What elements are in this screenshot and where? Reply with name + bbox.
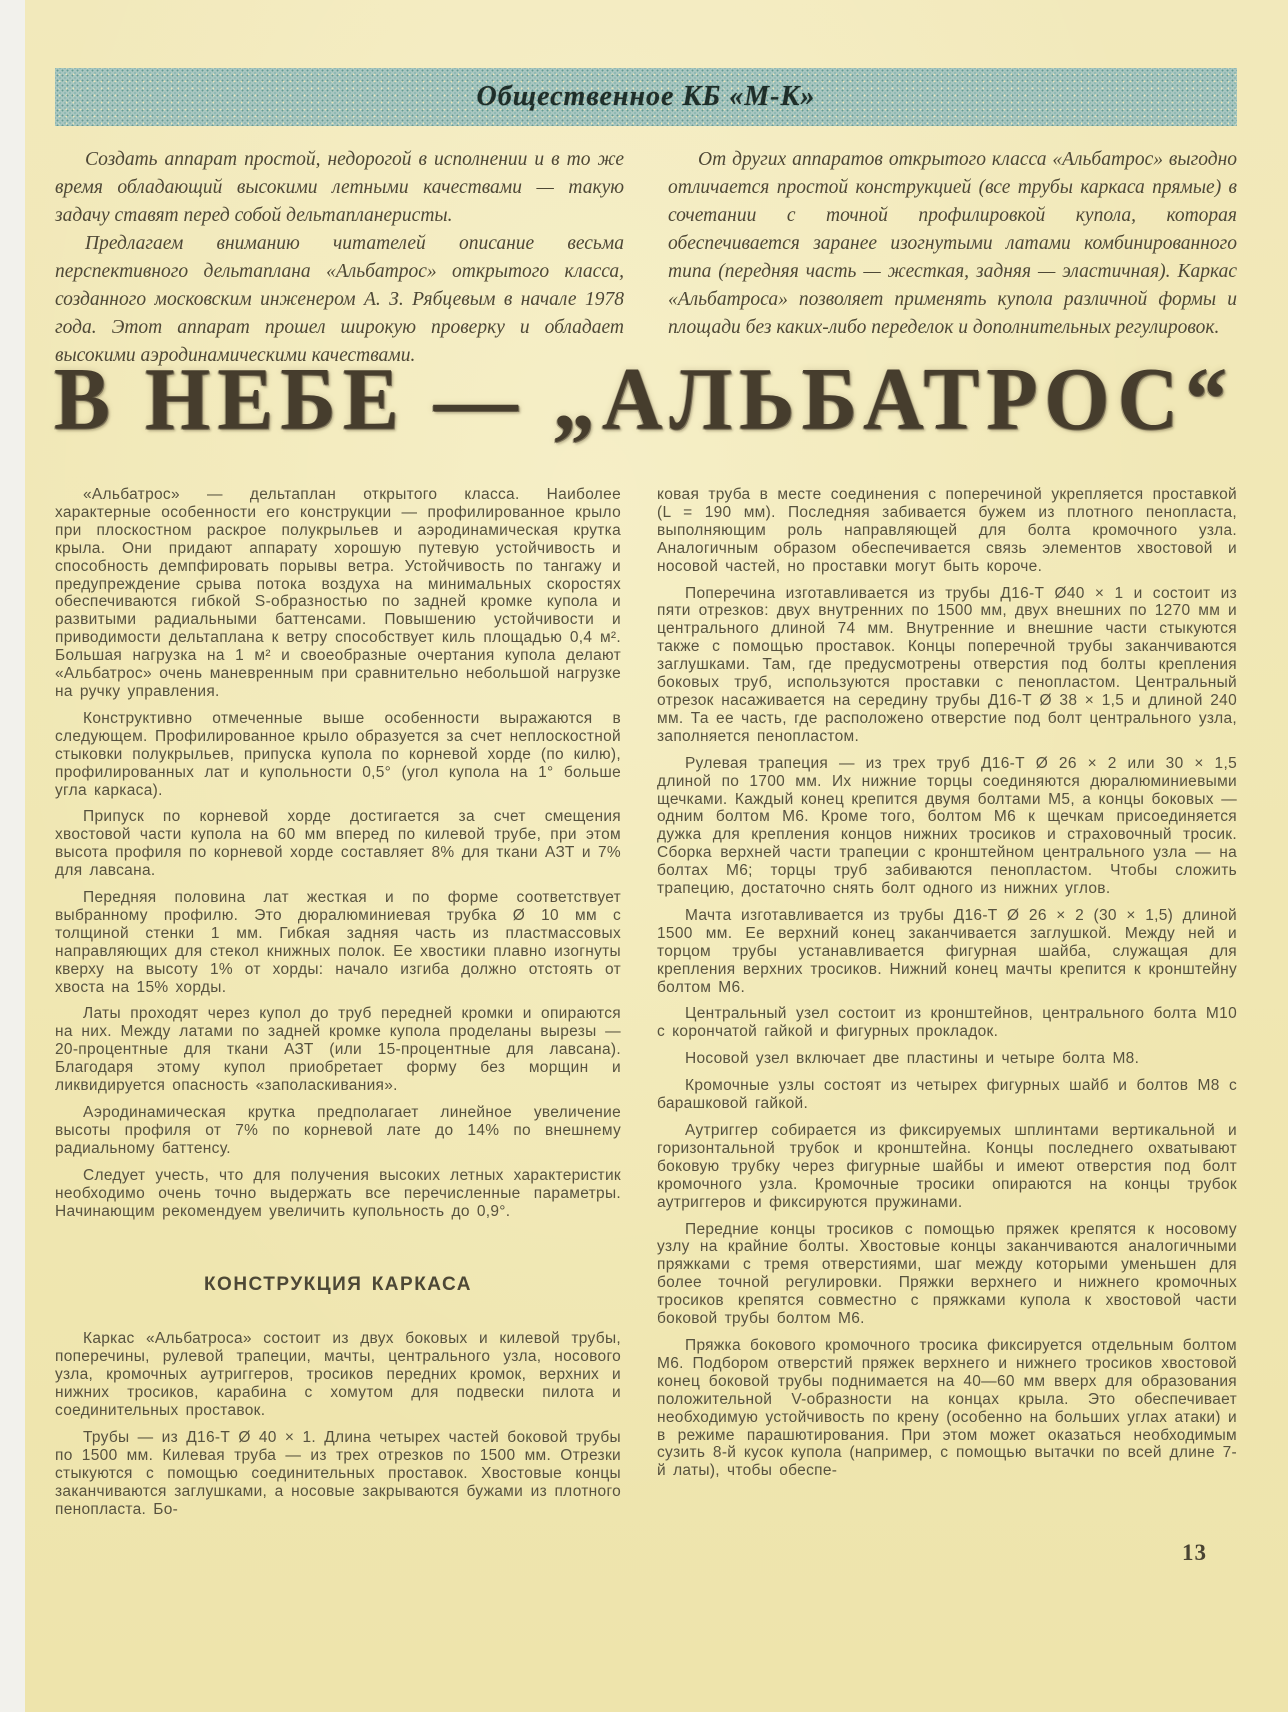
article-headline-text: В НЕБЕ — „АЛЬБАТРОС“ bbox=[54, 348, 1234, 451]
body-paragraph: Трубы — из Д16-Т Ø 40 × 1. Длина четырех… bbox=[55, 1429, 621, 1519]
body-paragraph: Кромочные узлы состоят из четырех фигурн… bbox=[657, 1077, 1237, 1113]
body-paragraph: Конструктивно отмеченные выше особенност… bbox=[55, 710, 621, 800]
body-paragraph: Поперечина изготавливается из трубы Д16-… bbox=[657, 585, 1237, 746]
halftone-banner: Общественное КБ «М-К» bbox=[55, 68, 1237, 126]
intro-column-left: Создать аппарат простой, недорогой в исп… bbox=[55, 146, 624, 370]
body-paragraph: Аэродинамическая крутка предполагает лин… bbox=[55, 1104, 621, 1158]
body-paragraph: Передние концы тросиков с помощью пряжек… bbox=[657, 1221, 1237, 1328]
body-column-right: ковая труба в месте соединения с попереч… bbox=[657, 486, 1237, 1489]
body-paragraph: Пряжка бокового кромочного тросика фикси… bbox=[657, 1337, 1237, 1480]
intro-section: Создать аппарат простой, недорогой в исп… bbox=[55, 146, 1237, 370]
body-paragraph: Передняя половина лат жесткая и по форме… bbox=[55, 889, 621, 996]
banner-title: Общественное КБ «М-К» bbox=[477, 81, 816, 113]
body-paragraph: Носовой узел включает две пластины и чет… bbox=[657, 1050, 1237, 1068]
body-paragraph: Припуск по корневой хорде достигается за… bbox=[55, 808, 621, 880]
intro-paragraph: От других аппаратов открытого класса «Ал… bbox=[668, 146, 1237, 342]
body-column-left: «Альбатрос» — дельтаплан открытого класс… bbox=[55, 486, 621, 1527]
intro-paragraph: Создать аппарат простой, недорогой в исп… bbox=[55, 146, 624, 230]
body-paragraph: Мачта изготавливается из трубы Д16-Т Ø 2… bbox=[657, 907, 1237, 997]
body-paragraph: Следует учесть, что для получения высоки… bbox=[55, 1167, 621, 1221]
body-paragraph: Аутриггер собирается из фиксируемых шпли… bbox=[657, 1122, 1237, 1212]
body-paragraph: «Альбатрос» — дельтаплан открытого класс… bbox=[55, 486, 621, 701]
body-paragraph: Каркас «Альбатроса» состоит из двух боко… bbox=[55, 1330, 621, 1420]
section-header: КОНСТРУКЦИЯ КАРКАСА bbox=[55, 1276, 621, 1294]
magazine-page-scan: { "banner": { "title": "Общественное КБ … bbox=[0, 0, 1288, 1712]
body-paragraph: Центральный узел состоит из кронштейнов,… bbox=[657, 1005, 1237, 1041]
article-headline: В НЕБЕ — „АЛЬБАТРОС“ bbox=[25, 344, 1263, 454]
intro-column-right: От других аппаратов открытого класса «Ал… bbox=[668, 146, 1237, 370]
body-paragraph: ковая труба в месте соединения с попереч… bbox=[657, 486, 1237, 576]
body-paragraph: Рулевая трапеция — из трех труб Д16-Т Ø … bbox=[657, 755, 1237, 898]
page-number: 13 bbox=[1182, 1540, 1207, 1566]
body-paragraph: Латы проходят через купол до труб передн… bbox=[55, 1005, 621, 1095]
